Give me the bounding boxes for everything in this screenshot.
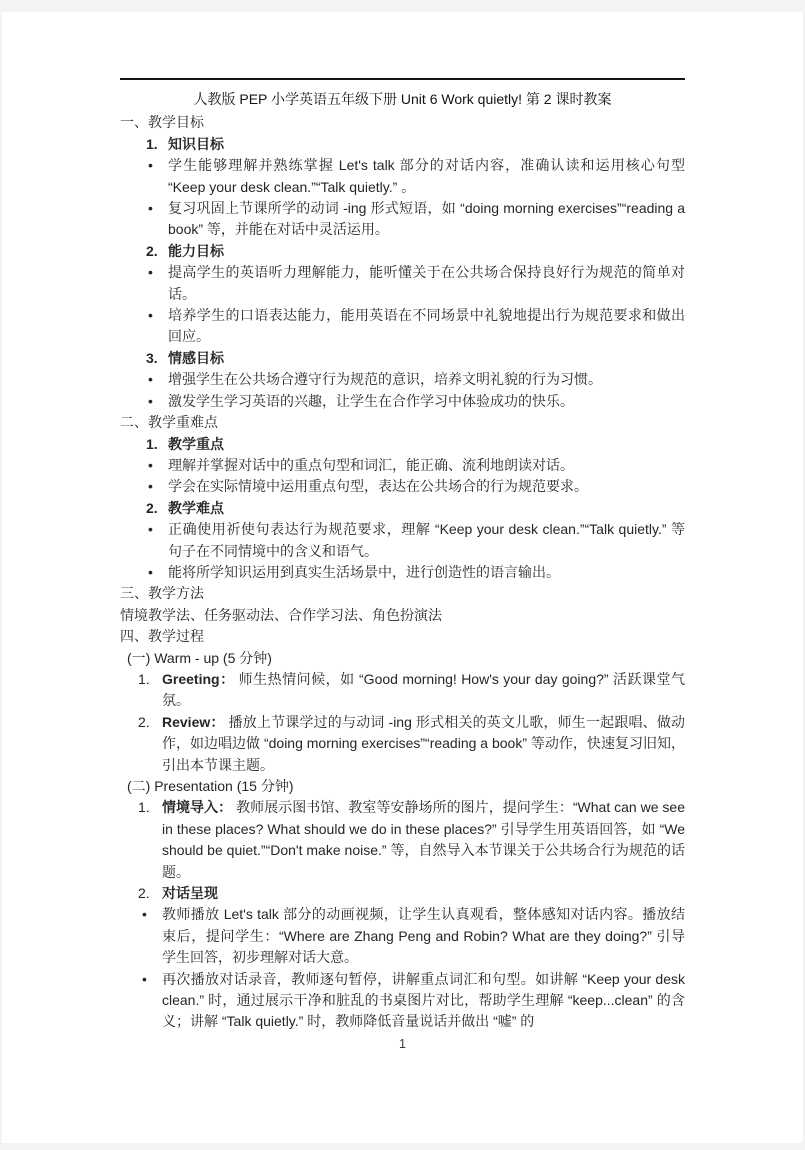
bullet-icon: • (148, 155, 153, 176)
section-heading: 三、教学方法 (120, 583, 685, 604)
item-text: 能将所学知识运用到真实生活场景中，进行创造性的语言输出。 (168, 564, 560, 580)
document-content: 人教版 PEP 小学英语五年级下册 Unit 6 Work quietly! 第… (2, 12, 803, 1033)
bullet-item: •培养学生的口语表达能力，能用英语在不同场景中礼貌地提出行为规范要求和做出回应。 (120, 305, 685, 348)
item-text: 教师播放 Let's talk 部分的动画视频，让学生认真观看，整体感知对话内容… (162, 906, 685, 965)
numbered-item: 2.能力目标 (120, 241, 685, 262)
item-label: Greeting： (162, 671, 235, 687)
section-heading: 四、教学过程 (120, 626, 685, 647)
item-text: 二、教学重难点 (120, 414, 218, 430)
item-text: 师生热情问候，如 “Good morning! How's your day g… (162, 671, 685, 708)
item-text: 激发学生学习英语的兴趣，让学生在合作学习中体验成功的快乐。 (168, 393, 574, 409)
stage-heading: (一) Warm - up (5 分钟) (120, 648, 685, 669)
numbered-item: 1.情境导入：教师展示图书馆、教室等安静场所的图片，提问学生：“What can… (120, 797, 685, 883)
bullet-icon: • (148, 476, 153, 497)
bullet-item: •学会在实际情境中运用重点句型，表达在公共场合的行为规范要求。 (120, 476, 685, 497)
numbered-item: 1.Greeting：师生热情问候，如 “Good morning! How's… (120, 669, 685, 712)
bullet-icon: • (148, 562, 153, 583)
item-number: 1. (146, 134, 158, 155)
item-text: 理解并掌握对话中的重点句型和词汇，能正确、流利地朗读对话。 (168, 457, 574, 473)
item-number: 1. (138, 797, 150, 818)
bullet-icon: • (148, 305, 153, 326)
header-rule (120, 78, 685, 80)
document-body: 一、教学目标1.知识目标•学生能够理解并熟练掌握 Let's talk 部分的对… (120, 112, 685, 1032)
item-number: 2. (146, 241, 158, 262)
item-label: 教学难点 (168, 500, 224, 516)
item-number: 2. (146, 498, 158, 519)
item-label: 情感目标 (168, 350, 224, 366)
bullet-item: •理解并掌握对话中的重点句型和词汇，能正确、流利地朗读对话。 (120, 455, 685, 476)
item-label: 对话呈现 (162, 885, 218, 901)
item-text: 教师展示图书馆、教室等安静场所的图片，提问学生：“What can we see… (162, 799, 685, 879)
item-number: 2. (138, 883, 150, 904)
item-text: 增强学生在公共场合遵守行为规范的意识，培养文明礼貌的行为习惯。 (168, 371, 602, 387)
item-number: 1. (146, 434, 158, 455)
item-text: 培养学生的口语表达能力，能用英语在不同场景中礼貌地提出行为规范要求和做出回应。 (168, 307, 685, 344)
item-text: 情境教学法、任务驱动法、合作学习法、角色扮演法 (120, 607, 442, 623)
stage-heading: (二) Presentation (15 分钟) (120, 776, 685, 797)
item-label: 知识目标 (168, 136, 224, 152)
bullet-icon: • (148, 455, 153, 476)
item-text: 复习巩固上节课所学的动词 -ing 形式短语，如 “doing morning … (168, 200, 685, 237)
item-text: (一) Warm - up (5 分钟) (127, 650, 272, 666)
bullet-item: •正确使用祈使句表达行为规范要求，理解 “Keep your desk clea… (120, 519, 685, 562)
numbered-item: 2.教学难点 (120, 498, 685, 519)
bullet-item: •激发学生学习英语的兴趣，让学生在合作学习中体验成功的快乐。 (120, 391, 685, 412)
bullet-icon: • (148, 391, 153, 412)
item-number: 3. (146, 348, 158, 369)
numbered-item: 2.对话呈现 (120, 883, 685, 904)
item-text: 再次播放对话录音，教师逐句暂停，讲解重点词汇和句型。如讲解 “Keep your… (162, 971, 685, 1030)
bullet-icon: • (148, 519, 153, 540)
item-text: 四、教学过程 (120, 628, 204, 644)
item-text: 学会在实际情境中运用重点句型，表达在公共场合的行为规范要求。 (168, 478, 588, 494)
item-text: 提高学生的英语听力理解能力，能听懂关于在公共场合保持良好行为规范的简单对话。 (168, 264, 685, 301)
bullet-icon: • (148, 198, 153, 219)
item-text: 一、教学目标 (120, 114, 204, 130)
section-heading: 二、教学重难点 (120, 412, 685, 433)
section-heading: 一、教学目标 (120, 112, 685, 133)
item-text: 正确使用祈使句表达行为规范要求，理解 “Keep your desk clean… (168, 521, 685, 558)
numbered-item: 1.教学重点 (120, 434, 685, 455)
bullet-icon: • (148, 369, 153, 390)
item-label: 情境导入： (162, 799, 232, 815)
item-number: 1. (138, 669, 150, 690)
bullet-icon: • (142, 904, 147, 925)
bullet-item: •学生能够理解并熟练掌握 Let's talk 部分的对话内容，准确认读和运用核… (120, 155, 685, 198)
item-label: 能力目标 (168, 243, 224, 259)
text-line: 情境教学法、任务驱动法、合作学习法、角色扮演法 (120, 605, 685, 626)
numbered-item: 1.知识目标 (120, 134, 685, 155)
item-text: 三、教学方法 (120, 585, 204, 601)
item-label: 教学重点 (168, 436, 224, 452)
bullet-item: •复习巩固上节课所学的动词 -ing 形式短语，如 “doing morning… (120, 198, 685, 241)
bullet-item: •能将所学知识运用到真实生活场景中，进行创造性的语言输出。 (120, 562, 685, 583)
bullet-icon: • (148, 262, 153, 283)
document-page: 人教版 PEP 小学英语五年级下册 Unit 6 Work quietly! 第… (2, 12, 803, 1143)
document-title: 人教版 PEP 小学英语五年级下册 Unit 6 Work quietly! 第… (120, 89, 685, 110)
item-number: 2. (138, 712, 150, 733)
bullet-item: •再次播放对话录音，教师逐句暂停，讲解重点词汇和句型。如讲解 “Keep you… (120, 969, 685, 1033)
item-text: 播放上节课学过的与动词 -ing 形式相关的英文儿歌，师生一起跟唱、做动作，如边… (162, 714, 685, 773)
bullet-item: •教师播放 Let's talk 部分的动画视频，让学生认真观看，整体感知对话内… (120, 904, 685, 968)
page-footer-number: 1 (2, 1037, 803, 1051)
item-text: 学生能够理解并熟练掌握 Let's talk 部分的对话内容，准确认读和运用核心… (168, 157, 685, 194)
bullet-item: •增强学生在公共场合遵守行为规范的意识，培养文明礼貌的行为习惯。 (120, 369, 685, 390)
numbered-item: 3.情感目标 (120, 348, 685, 369)
item-text: (二) Presentation (15 分钟) (127, 778, 294, 794)
numbered-item: 2.Review：播放上节课学过的与动词 -ing 形式相关的英文儿歌，师生一起… (120, 712, 685, 776)
bullet-icon: • (142, 969, 147, 990)
bullet-item: •提高学生的英语听力理解能力，能听懂关于在公共场合保持良好行为规范的简单对话。 (120, 262, 685, 305)
item-label: Review： (162, 714, 225, 730)
